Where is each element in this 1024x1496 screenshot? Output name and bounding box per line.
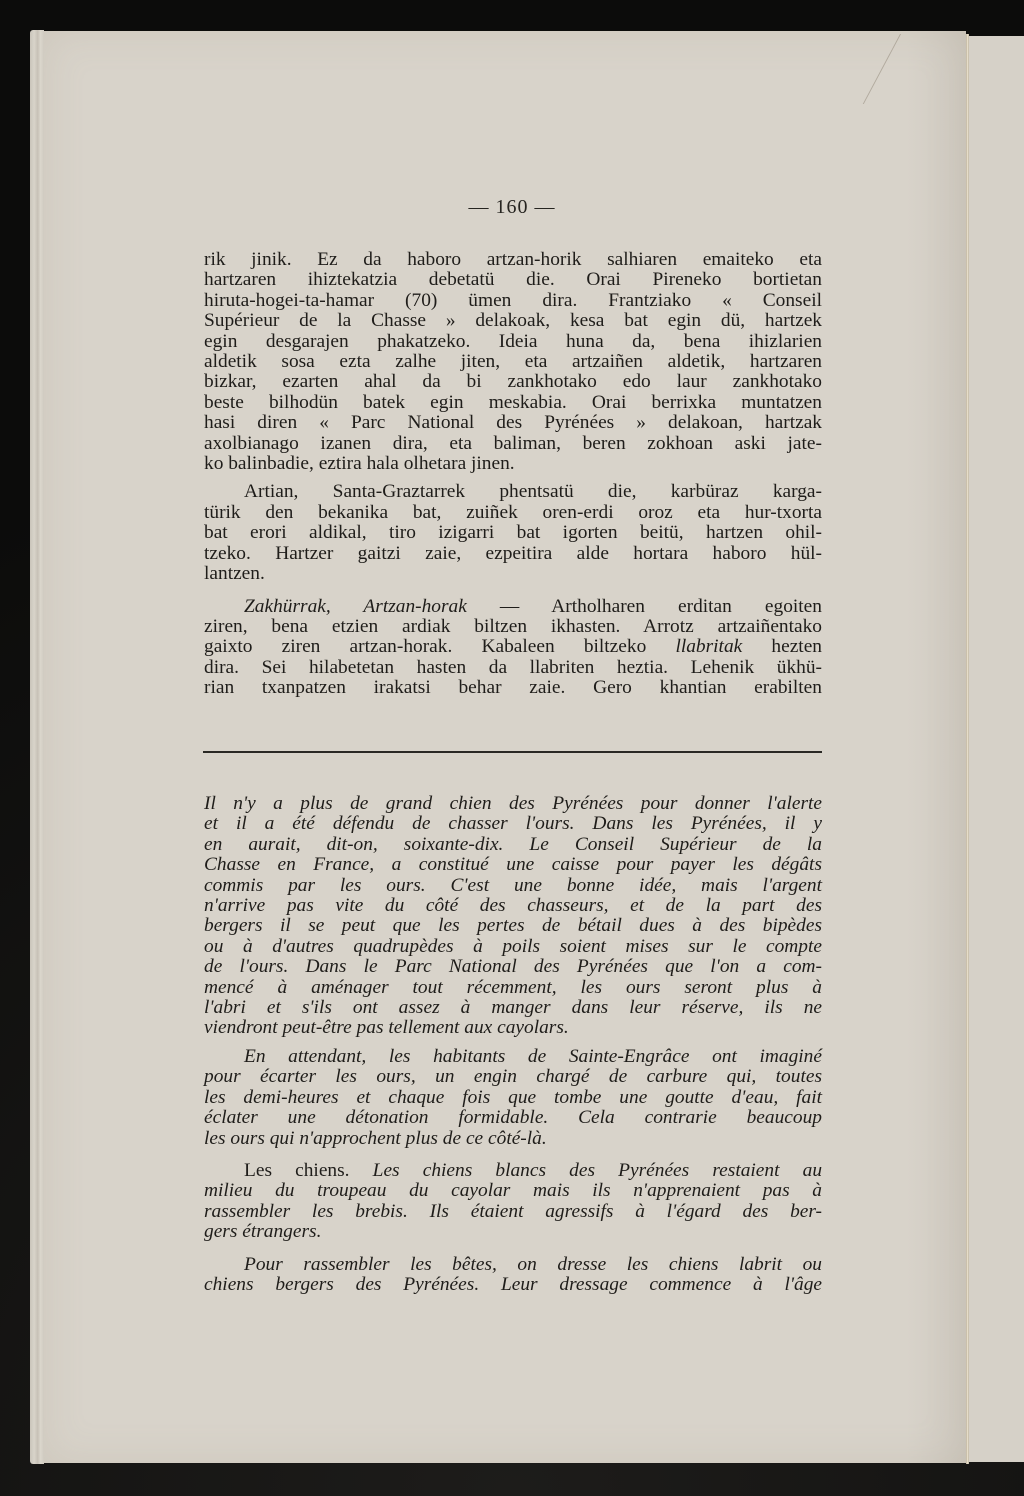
text-line: et il a été défendu de chasser l'ours. D… (204, 814, 822, 834)
text-line: les ours qui n'approchent plus de ce côt… (204, 1129, 822, 1149)
basque-main-text: rik jinik. Ez da haboro artzan-horik sal… (204, 250, 822, 699)
text-line: Pour rassembler les bêtes, on dresse les… (204, 1255, 822, 1275)
section-heading-upright: Les chiens. (244, 1160, 350, 1181)
text-line: dira. Sei hilabetetan hasten da llabrite… (204, 658, 822, 678)
text-line: rassembler les brebis. Ils étaient agres… (204, 1202, 822, 1222)
basque-paragraph-2: Artian, Santa-Graztarrek phentsatü die, … (204, 482, 822, 584)
section-heading-rest: — Artholharen erditan egoiten (467, 596, 822, 617)
french-paragraph-3: Les chiens. Les chiens blancs des Pyréné… (204, 1161, 822, 1243)
text-line: En attendant, les habitants de Sainte-En… (204, 1047, 822, 1067)
facing-page-edge (969, 36, 1024, 1462)
section-heading-line: Les chiens. Les chiens blancs des Pyréné… (204, 1161, 822, 1181)
text-line: hartzaren ihiztekatzia debetatü die. Ora… (204, 270, 822, 290)
text-line: en aurait, dit-on, soixante-dix. Le Cons… (204, 835, 822, 855)
french-paragraph-1: Il n'y a plus de grand chien des Pyrénée… (204, 794, 822, 1039)
text-line: les demi-heures et chaque fois que tombe… (204, 1088, 822, 1108)
text-line: lantzen. (204, 564, 822, 584)
text-line: beste bilhodün batek egin meskabia. Orai… (204, 393, 822, 413)
text-line: Artian, Santa-Graztarrek phentsatü die, … (204, 482, 822, 502)
text-line: hiruta-hogei-ta-hamar (70) ümen dira. Fr… (204, 291, 822, 311)
text-line: chiens bergers des Pyrénées. Leur dressa… (204, 1275, 822, 1295)
text-line: rik jinik. Ez da haboro artzan-horik sal… (204, 250, 822, 270)
text-line: viendront peut-être pas tellement aux ca… (204, 1018, 822, 1038)
text-line: axolbianago izanen dira, eta baliman, be… (204, 434, 822, 454)
text-line: ziren, bena etzien ardiak biltzen ikhast… (204, 617, 822, 637)
text-line: bergers il se peut que les pertes de bét… (204, 916, 822, 936)
text-line: éclater une détonation formidable. Cela … (204, 1108, 822, 1128)
text-line: mencé à aménager tout récemment, les our… (204, 978, 822, 998)
text-line: Chasse en France, a constitué une caisse… (204, 855, 822, 875)
text-line-with-italic: gaixto ziren artzan-horak. Kabaleen bilt… (204, 637, 822, 657)
scanned-book-spread: — 160 — rik jinik. Ez da haboro artzan-h… (0, 0, 1024, 1496)
text-line: n'arrive pas vite du côté des chasseurs,… (204, 896, 822, 916)
text-line: ou à d'autres quadrupèdes à poils soient… (204, 937, 822, 957)
text-line: aldetik sosa ezta zalhe jiten, eta artza… (204, 352, 822, 372)
french-paragraph-2: En attendant, les habitants de Sainte-En… (204, 1047, 822, 1149)
text-line: gers étrangers. (204, 1222, 822, 1242)
text-line: pour écarter les ours, un engin chargé d… (204, 1067, 822, 1087)
basque-paragraph-1: rik jinik. Ez da haboro artzan-horik sal… (204, 250, 822, 474)
text-line: bizkar, ezarten ahal da bi zankhotako ed… (204, 372, 822, 392)
text-line: hasi diren « Parc National des Pyrénées … (204, 413, 822, 433)
text-line: Supérieur de la Chasse » delakoak, kesa … (204, 311, 822, 331)
text-line: de l'ours. Dans le Parc National des Pyr… (204, 957, 822, 977)
basque-paragraph-3: Zakhürrak, Artzan-horak — Artholharen er… (204, 597, 822, 699)
footnote-separator-rule (203, 751, 822, 753)
text-line: rian txanpatzen irakatsi behar zaie. Ger… (204, 678, 822, 698)
text-line: bat erori aldikal, tiro izigarri bat igo… (204, 523, 822, 543)
page-number: — 160 — (0, 196, 1024, 219)
italic-term: llabritak (675, 636, 742, 657)
text-line: l'abri et s'ils ont assez à manger dans … (204, 998, 822, 1018)
text-line: milieu du troupeau du cayolar mais ils n… (204, 1181, 822, 1201)
french-paragraph-4: Pour rassembler les bêtes, on dresse les… (204, 1255, 822, 1296)
text-line: egin desgarajen phakatzeko. Ideia huna d… (204, 332, 822, 352)
section-heading-line: Zakhürrak, Artzan-horak — Artholharen er… (204, 597, 822, 617)
page-edge-stack (30, 30, 44, 1464)
french-translation-text: Il n'y a plus de grand chien des Pyrénée… (204, 794, 822, 1295)
text-line: türik den bekanika bat, zuiñek oren-erdi… (204, 503, 822, 523)
text-line: tzeko. Hartzer gaitzi zaie, ezpeitira al… (204, 544, 822, 564)
text-line: Il n'y a plus de grand chien des Pyrénée… (204, 794, 822, 814)
text-line: ko balinbadie, eztira hala olhetara jine… (204, 454, 822, 474)
text-line: commis par les ours. C'est une bonne idé… (204, 876, 822, 896)
section-heading-italic: Zakhürrak, Artzan-horak (244, 596, 467, 617)
